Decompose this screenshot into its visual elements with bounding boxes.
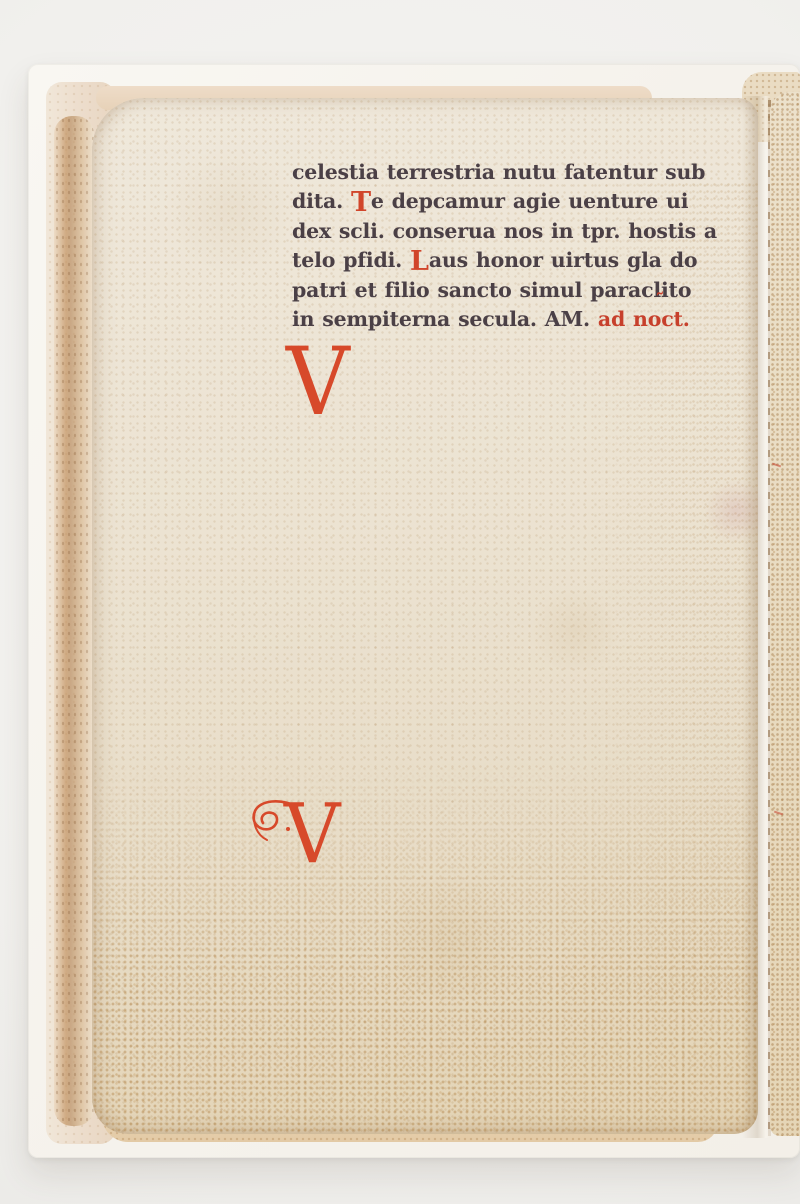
text-line: dex scli. conserua nos in tpr. hostis a: [292, 217, 717, 246]
text-line: patri et filio sancto simul paraclito: [292, 276, 717, 305]
text-line: in sempiterna secula. AM. ad noct.: [292, 305, 717, 334]
text-block-top: celestia terrestria nutu fatentur subdit…: [292, 158, 717, 334]
text-line: telo pfidi. Laus honor uirtus gla do: [292, 246, 717, 276]
hymn-vox-initial: V: [284, 798, 340, 874]
text-segment: ad noct.: [598, 307, 690, 331]
photograph: celestia terrestria nutu fatentur subdit…: [0, 0, 800, 1204]
text-line: dita. Te depcamur agie uenture ui: [292, 187, 717, 217]
text-segment: celestia terrestria nutu fatentur sub: [292, 160, 705, 184]
hymn-verbum-initial: V: [286, 340, 350, 426]
text-segment: dex scli. conserua nos in tpr. hostis a: [292, 219, 717, 243]
text-segment: dita.: [292, 189, 351, 213]
text-segment: aus honor uirtus gla do: [429, 248, 697, 272]
text-segment: T: [351, 187, 371, 218]
text-segment: patri et filio sancto simul paraclito: [292, 278, 691, 302]
text-segment: e depcamur agie uenture ui: [371, 189, 688, 213]
text-layer: celestia terrestria nutu fatentur subdit…: [0, 0, 800, 1204]
text-segment: L: [410, 246, 429, 277]
text-line: celestia terrestria nutu fatentur sub: [292, 158, 717, 187]
text-segment: telo pfidi.: [292, 248, 410, 272]
